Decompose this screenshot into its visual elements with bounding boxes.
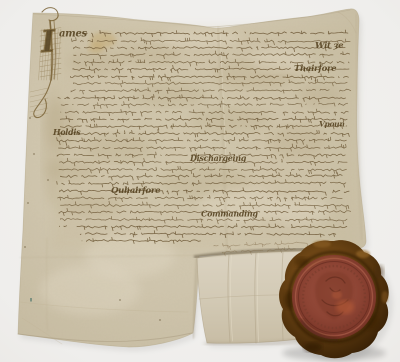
word-holdis: Holdis — [52, 127, 81, 137]
document-photo-canvas: I ames Wit ȝe Thairfore Vpoun Holdis Dis… — [0, 0, 400, 362]
word-james: ames — [59, 29, 88, 40]
word-quhairfore: Quhairfore — [111, 186, 161, 196]
word-wit-ye: Wit ȝe — [315, 41, 344, 51]
seal-bright-patch — [336, 300, 354, 314]
word-vpoun: Vpoun — [319, 120, 344, 129]
photo-of-document: I ames Wit ȝe Thairfore Vpoun Holdis Dis… — [0, 0, 400, 362]
word-commanding: Commanding — [201, 209, 258, 219]
word-dischargeing: Dischargeing — [189, 153, 247, 163]
word-thairfore: Thairfore — [294, 64, 337, 74]
